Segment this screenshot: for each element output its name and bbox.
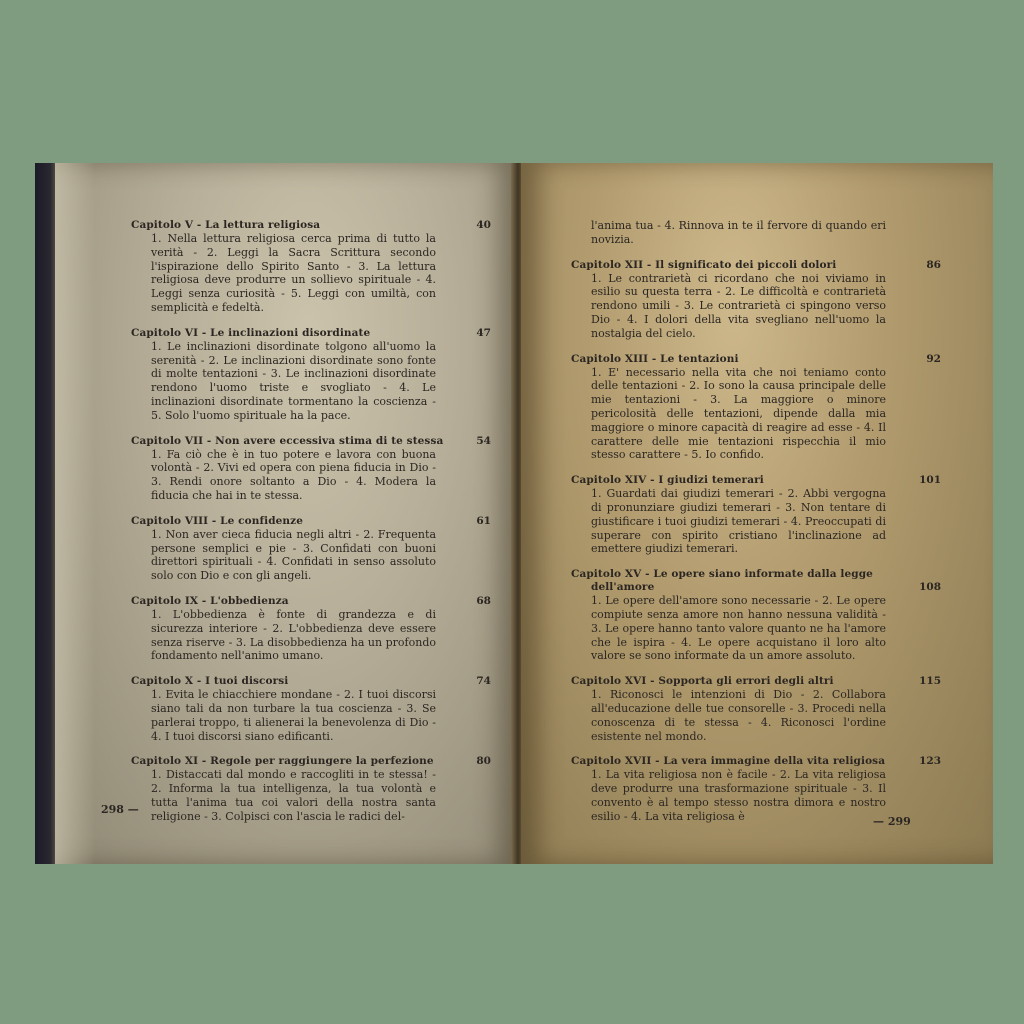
- chapter-summary: 1. Evita le chiacchiere mondane - 2. I t…: [131, 688, 491, 743]
- chapter-summary: 1. Riconosci le intenzioni di Dio - 2. C…: [571, 688, 941, 743]
- toc-entry: Capitolo V - La lettura religiosa 40 1. …: [131, 219, 491, 315]
- right-toc: l'anima tua - 4. Rinnova in te il fervor…: [571, 219, 941, 836]
- chapter-heading: Capitolo XI - Regole per raggiungere la …: [131, 755, 491, 768]
- chapter-heading: Capitolo XIII - Le tentazioni: [571, 353, 941, 366]
- toc-entry: Capitolo X - I tuoi discorsi 74 1. Evita…: [131, 675, 491, 743]
- chapter-heading: Capitolo XIV - I giudizi temerari: [571, 474, 941, 487]
- toc-entry: Capitolo XII - Il significato dei piccol…: [571, 259, 941, 341]
- chapter-summary: 1. Distaccati dal mondo e raccogliti in …: [131, 768, 491, 823]
- chapter-heading: Capitolo IX - L'obbedienza: [131, 595, 491, 608]
- toc-entry: Capitolo XIII - Le tentazioni 92 1. E' n…: [571, 353, 941, 463]
- toc-entry: Capitolo XVII - La vera immagine della v…: [571, 755, 941, 823]
- chapter-heading: Capitolo VII - Non avere eccessiva stima…: [131, 435, 491, 448]
- chapter-summary: 1. E' necessario nella vita che noi teni…: [571, 366, 941, 463]
- toc-entry: Capitolo XI - Regole per raggiungere la …: [131, 755, 491, 823]
- page-number: 80: [476, 755, 491, 767]
- chapter-summary: 1. L'obbedienza è fonte di grandezza e d…: [131, 608, 491, 663]
- page-number: 115: [919, 675, 941, 687]
- chapter-heading: Capitolo VI - Le inclinazioni disordinat…: [131, 327, 491, 340]
- page-number: 40: [476, 219, 491, 231]
- book-photo: Capitolo V - La lettura religiosa 40 1. …: [35, 163, 993, 864]
- page-number: 123: [919, 755, 941, 767]
- page-number: 101: [919, 474, 941, 486]
- right-page: l'anima tua - 4. Rinnova in te il fervor…: [521, 163, 993, 864]
- toc-entry: Capitolo XVI - Sopporta gli errori degli…: [571, 675, 941, 743]
- chapter-summary: 1. Le contrarietà ci ricordano che noi v…: [571, 272, 941, 341]
- background-shadow: [35, 163, 57, 864]
- chapter-heading: Capitolo XII - Il significato dei piccol…: [571, 259, 941, 272]
- chapter-summary: 1. Non aver cieca fiducia negli altri - …: [131, 528, 491, 583]
- left-toc: Capitolo V - La lettura religiosa 40 1. …: [131, 219, 491, 836]
- chapter-summary: 1. Fa ciò che è in tuo potere e lavora c…: [131, 448, 491, 503]
- chapter-summary: 1. Le opere dell'amore sono necessarie -…: [571, 594, 941, 663]
- page-number: 74: [476, 675, 491, 687]
- page-number: 86: [926, 259, 941, 271]
- page-number: 68: [476, 595, 491, 607]
- page-number: 47: [476, 327, 491, 339]
- chapter-heading: Capitolo XVI - Sopporta gli errori degli…: [571, 675, 941, 688]
- right-folio: — 299: [873, 815, 911, 828]
- page-number: 61: [476, 515, 491, 527]
- toc-entry: Capitolo IX - L'obbedienza 68 1. L'obbed…: [131, 595, 491, 663]
- toc-entry: Capitolo XV - Le opere siano informate d…: [571, 568, 941, 663]
- chapter-heading: Capitolo V - La lettura religiosa: [131, 219, 491, 232]
- chapter-summary: 1. Nella lettura religiosa cerca prima d…: [131, 232, 491, 315]
- page-number: 92: [926, 353, 941, 365]
- toc-entry: Capitolo VII - Non avere eccessiva stima…: [131, 435, 491, 503]
- page-number: 108: [919, 581, 941, 593]
- chapter-summary: 1. Guardati dai giudizi temerari - 2. Ab…: [571, 487, 941, 556]
- chapter-heading: Capitolo XV - Le opere siano informate d…: [571, 568, 941, 594]
- page-number: 54: [476, 435, 491, 447]
- continuation-entry: l'anima tua - 4. Rinnova in te il fervor…: [571, 219, 941, 247]
- chapter-summary: 1. Le inclinazioni disordinate tolgono a…: [131, 340, 491, 423]
- chapter-heading: Capitolo X - I tuoi discorsi: [131, 675, 491, 688]
- left-folio: 298 —: [101, 803, 139, 816]
- chapter-heading-line2: dell'amore: [571, 581, 941, 594]
- toc-entry: Capitolo VIII - Le confidenze 61 1. Non …: [131, 515, 491, 583]
- toc-entry: Capitolo VI - Le inclinazioni disordinat…: [131, 327, 491, 423]
- continuation-text: l'anima tua - 4. Rinnova in te il fervor…: [571, 219, 941, 247]
- chapter-heading-line1: Capitolo XV - Le opere siano informate d…: [571, 568, 873, 580]
- chapter-heading: Capitolo VIII - Le confidenze: [131, 515, 491, 528]
- chapter-heading: Capitolo XVII - La vera immagine della v…: [571, 755, 941, 768]
- toc-entry: Capitolo XIV - I giudizi temerari 101 1.…: [571, 474, 941, 556]
- left-page: Capitolo V - La lettura religiosa 40 1. …: [55, 163, 517, 864]
